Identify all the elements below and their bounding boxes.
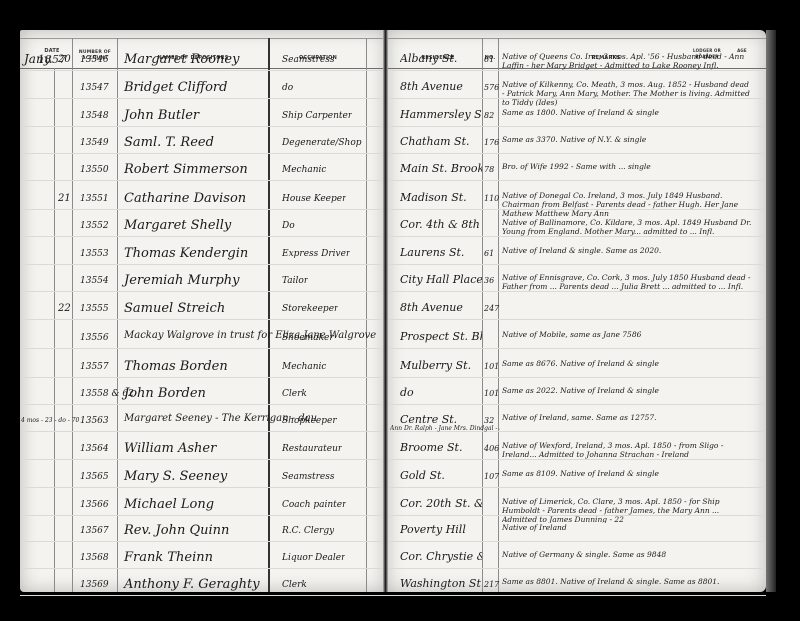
entry-account-number: 13547 xyxy=(80,83,109,93)
entry-occupation: Do xyxy=(282,221,295,231)
entry-number: 32 xyxy=(484,416,494,425)
col-divider xyxy=(117,38,118,592)
row-rule xyxy=(20,515,386,516)
entry-occupation: Shopkeeper xyxy=(282,416,337,426)
entry-account-number: 13556 xyxy=(80,333,109,343)
entry-occupation: House Keeper xyxy=(282,194,346,204)
row-rule xyxy=(20,291,386,292)
col-divider xyxy=(366,38,367,592)
entry-remarks: Bro. of Wife 1992 - Same with ... single xyxy=(502,162,752,171)
entry-depositor-name: Thomas Kendergin xyxy=(124,246,248,261)
entry-occupation: Restaurateur xyxy=(282,444,342,454)
entry-occupation: Degenerate/Shop xyxy=(282,138,362,148)
row-rule xyxy=(20,70,386,71)
entry-remarks: Native of Wexford, Ireland, 3 mos. Apl. … xyxy=(502,441,752,459)
entry-depositor-name: Samuel Streich xyxy=(124,301,225,316)
row-rule xyxy=(20,595,386,596)
entry-depositor-name: Rev. John Quinn xyxy=(124,523,229,538)
row-rule xyxy=(20,404,386,405)
row-rule xyxy=(20,126,386,127)
entry-occupation: Mechanic xyxy=(282,165,326,175)
row-rule xyxy=(386,459,766,460)
entry-occupation: Mechanic xyxy=(282,362,326,372)
entry-account-number: 13566 xyxy=(80,500,109,510)
entry-residence: 8th Avenue xyxy=(400,301,463,314)
header-rule xyxy=(20,68,386,69)
entry-residence: Cor. 4th & 8th St. Bklyn xyxy=(400,218,482,231)
margin-note: Ann Dr. Ralph - Jane Mrs. Dindgal - Sist… xyxy=(390,425,500,432)
row-rule xyxy=(386,126,766,127)
row-rule xyxy=(386,404,766,405)
entry-residence: Poverty Hill xyxy=(400,523,466,536)
row-rule xyxy=(386,487,766,488)
col-divider xyxy=(54,68,55,592)
entry-residence: Main St. Brooklyn xyxy=(400,162,482,175)
row-rule xyxy=(386,595,766,596)
entry-remarks: Native of Queens Co. Ire., 3 mos. Apl. '… xyxy=(502,52,752,70)
entry-account-number: 13563 xyxy=(80,416,109,426)
entry-remarks: Native of Germany & single. Same as 9848 xyxy=(502,550,752,559)
entry-depositor-name: Michael Long xyxy=(124,497,214,512)
entry-residence: Gold St. xyxy=(400,469,445,482)
entry-occupation: Express Driver xyxy=(282,249,350,259)
row-rule xyxy=(386,264,766,265)
entry-occupation: Tailor xyxy=(282,276,308,286)
entry-residence: Washington St. xyxy=(400,577,482,590)
entry-number: 61 xyxy=(484,55,494,64)
row-rule xyxy=(20,568,386,569)
entry-remarks: Same as 3370. Native of N.Y. & single xyxy=(502,135,752,144)
entry-depositor-name: Margaret Shelly xyxy=(124,218,231,233)
entry-number: 78 xyxy=(484,165,494,174)
row-rule xyxy=(20,541,386,542)
entry-number: 82 xyxy=(484,111,494,120)
entry-remarks: Native of Ennisgrave, Co. Cork, 3 mos. J… xyxy=(502,273,752,291)
entry-depositor-name: Jeremiah Murphy xyxy=(124,273,240,288)
entry-remarks: Same as 1800. Native of Ireland & single xyxy=(502,108,752,117)
entry-residence: Chatham St. xyxy=(400,135,470,148)
entry-remarks: Native of Limerick, Co. Clare, 3 mos. Ap… xyxy=(502,497,752,523)
entry-account-number: 13546 xyxy=(80,55,109,65)
entry-account-number: 13564 xyxy=(80,444,109,454)
entry-depositor-name: Anthony F. Geraghty xyxy=(124,577,260,592)
row-rule xyxy=(386,541,766,542)
entry-depositor-name: Margaret Rooney xyxy=(124,52,239,67)
row-rule xyxy=(386,319,766,320)
entry-account-number: 13550 xyxy=(80,165,109,175)
row-rule xyxy=(20,377,386,378)
right-ledger-page: RESIDENCE No. REMARKS Lodger or Boarder … xyxy=(386,30,766,592)
entry-residence: City Hall Place xyxy=(400,273,482,286)
entry-remarks: Native of Kilkenny, Co. Meath, 3 mos. Au… xyxy=(502,80,752,106)
entry-month: Jany. xyxy=(24,52,53,66)
entry-residence: Albany St. xyxy=(400,52,457,65)
row-rule xyxy=(386,291,766,292)
entry-occupation: R.C. Clergy xyxy=(282,526,334,536)
entry-depositor-name: Mary S. Seeney xyxy=(124,469,227,484)
top-rule xyxy=(386,38,766,39)
entry-number: 107 xyxy=(484,472,499,481)
entry-depositor-name: William Asher xyxy=(124,441,216,456)
row-rule xyxy=(20,348,386,349)
row-rule xyxy=(20,98,386,99)
entry-remarks: Same as 2022. Native of Ireland & single xyxy=(502,386,752,395)
entry-residence: do xyxy=(400,386,414,399)
entry-account-number: 13552 xyxy=(80,221,109,231)
row-rule xyxy=(386,70,766,71)
entry-number: 247 xyxy=(484,304,499,313)
col-divider xyxy=(482,38,483,592)
entry-occupation: Clerk xyxy=(282,389,307,399)
entry-residence: Laurens St. xyxy=(400,246,464,259)
row-rule xyxy=(386,568,766,569)
entry-depositor-name: Thomas Borden xyxy=(124,359,228,374)
row-rule xyxy=(20,236,386,237)
entry-account-number: 13557 xyxy=(80,362,109,372)
entry-number: 36 xyxy=(484,276,494,285)
entry-remarks: Same as 8801. Native of Ireland & single… xyxy=(502,577,752,586)
entry-remarks: Native of Ireland, same. Same as 12757. xyxy=(502,413,752,422)
entry-remarks: Native of Ballinamore, Co. Kildare, 3 mo… xyxy=(502,218,752,236)
entry-residence: Cor. 20th St. & 1st Avenue xyxy=(400,497,482,510)
entry-number: 101 xyxy=(484,389,499,398)
row-rule xyxy=(20,319,386,320)
entry-account-number: 13554 xyxy=(80,276,109,286)
entry-account-number: 13549 xyxy=(80,138,109,148)
entry-occupation: Clerk xyxy=(282,580,307,590)
col-divider xyxy=(72,38,73,592)
entry-account-number: 13553 xyxy=(80,249,109,259)
row-rule xyxy=(386,236,766,237)
entry-number: 217 xyxy=(484,580,499,589)
entry-day: 20 xyxy=(58,54,71,65)
entry-account-number: 13568 xyxy=(80,553,109,563)
book-gutter xyxy=(383,30,388,592)
entry-residence: Prospect St. Bklyn xyxy=(400,330,482,343)
row-rule xyxy=(20,431,386,432)
col-divider xyxy=(498,38,499,592)
entry-depositor-name: John Borden xyxy=(124,386,206,401)
col-divider xyxy=(268,38,270,592)
left-ledger-page: DATE 1857 Number of Account NAMES OF DEP… xyxy=(20,30,386,592)
entry-depositor-name: Bridget Clifford xyxy=(124,80,227,95)
row-rule xyxy=(386,377,766,378)
entry-remarks: Same as 8676. Native of Ireland & single xyxy=(502,359,752,368)
entry-number: 176 xyxy=(484,138,499,147)
entry-remarks: Native of Ireland xyxy=(502,523,752,532)
row-rule xyxy=(20,487,386,488)
row-rule xyxy=(386,180,766,181)
entry-number: 576 xyxy=(484,83,499,92)
entry-residence: 8th Avenue xyxy=(400,80,463,93)
entry-occupation: Liquor Dealer xyxy=(282,553,345,563)
entry-number: 61 xyxy=(484,249,494,258)
entry-account-number: 13551 xyxy=(80,194,109,204)
entry-depositor-name: John Butler xyxy=(124,108,199,123)
row-rule xyxy=(386,348,766,349)
entry-depositor-name: Robert Simmerson xyxy=(124,162,248,177)
entry-residence: Madison St. xyxy=(400,191,467,204)
entry-occupation: Ship Carpenter xyxy=(282,111,352,121)
entry-account-number: 13555 xyxy=(80,304,109,314)
entry-occupation: Shoemaker xyxy=(282,333,334,343)
row-rule xyxy=(20,264,386,265)
entry-occupation: Seamstress xyxy=(282,472,335,482)
entry-depositor-name: Saml. T. Reed xyxy=(124,135,214,150)
entry-depositor-name: Frank Theinn xyxy=(124,550,213,565)
entry-day: 22 xyxy=(58,303,71,314)
entry-number: 406 xyxy=(484,444,499,453)
row-rule xyxy=(20,153,386,154)
entry-account-number: 13569 xyxy=(80,580,109,590)
entry-occupation: Seamstress xyxy=(282,55,335,65)
margin-note: 4 mos - 23 - do - 70 xyxy=(21,417,79,424)
entry-residence: Mulberry St. xyxy=(400,359,471,372)
entry-account-number: 13565 xyxy=(80,472,109,482)
row-rule xyxy=(20,459,386,460)
entry-occupation: do xyxy=(282,83,293,93)
entry-residence: Hammersley St. xyxy=(400,108,482,121)
entry-number: 101 xyxy=(484,362,499,371)
entry-account-number: 13548 xyxy=(80,111,109,121)
entry-remarks: Native of Mobile, same as Jane 7586 xyxy=(502,330,752,339)
top-rule xyxy=(20,38,386,39)
entry-remarks: Native of Ireland & single. Same as 2020… xyxy=(502,246,752,255)
row-rule xyxy=(386,153,766,154)
row-rule xyxy=(20,180,386,181)
entry-number: 110 xyxy=(484,194,499,203)
entry-occupation: Storekeeper xyxy=(282,304,338,314)
entry-remarks: Same as 8109. Native of Ireland & single xyxy=(502,469,752,478)
entry-remarks: Native of Donegal Co. Ireland, 3 mos. Ju… xyxy=(502,191,752,217)
row-rule xyxy=(20,209,386,210)
entry-occupation: Coach painter xyxy=(282,500,346,510)
entry-residence: Broome St. xyxy=(400,441,462,454)
entry-depositor-name: Catharine Davison xyxy=(124,191,246,206)
entry-account-number: 13567 xyxy=(80,526,109,536)
entry-day: 21 xyxy=(58,193,71,204)
entry-residence: Cor. Chrystie & Grand St. xyxy=(400,550,482,563)
page-edge xyxy=(766,30,776,592)
